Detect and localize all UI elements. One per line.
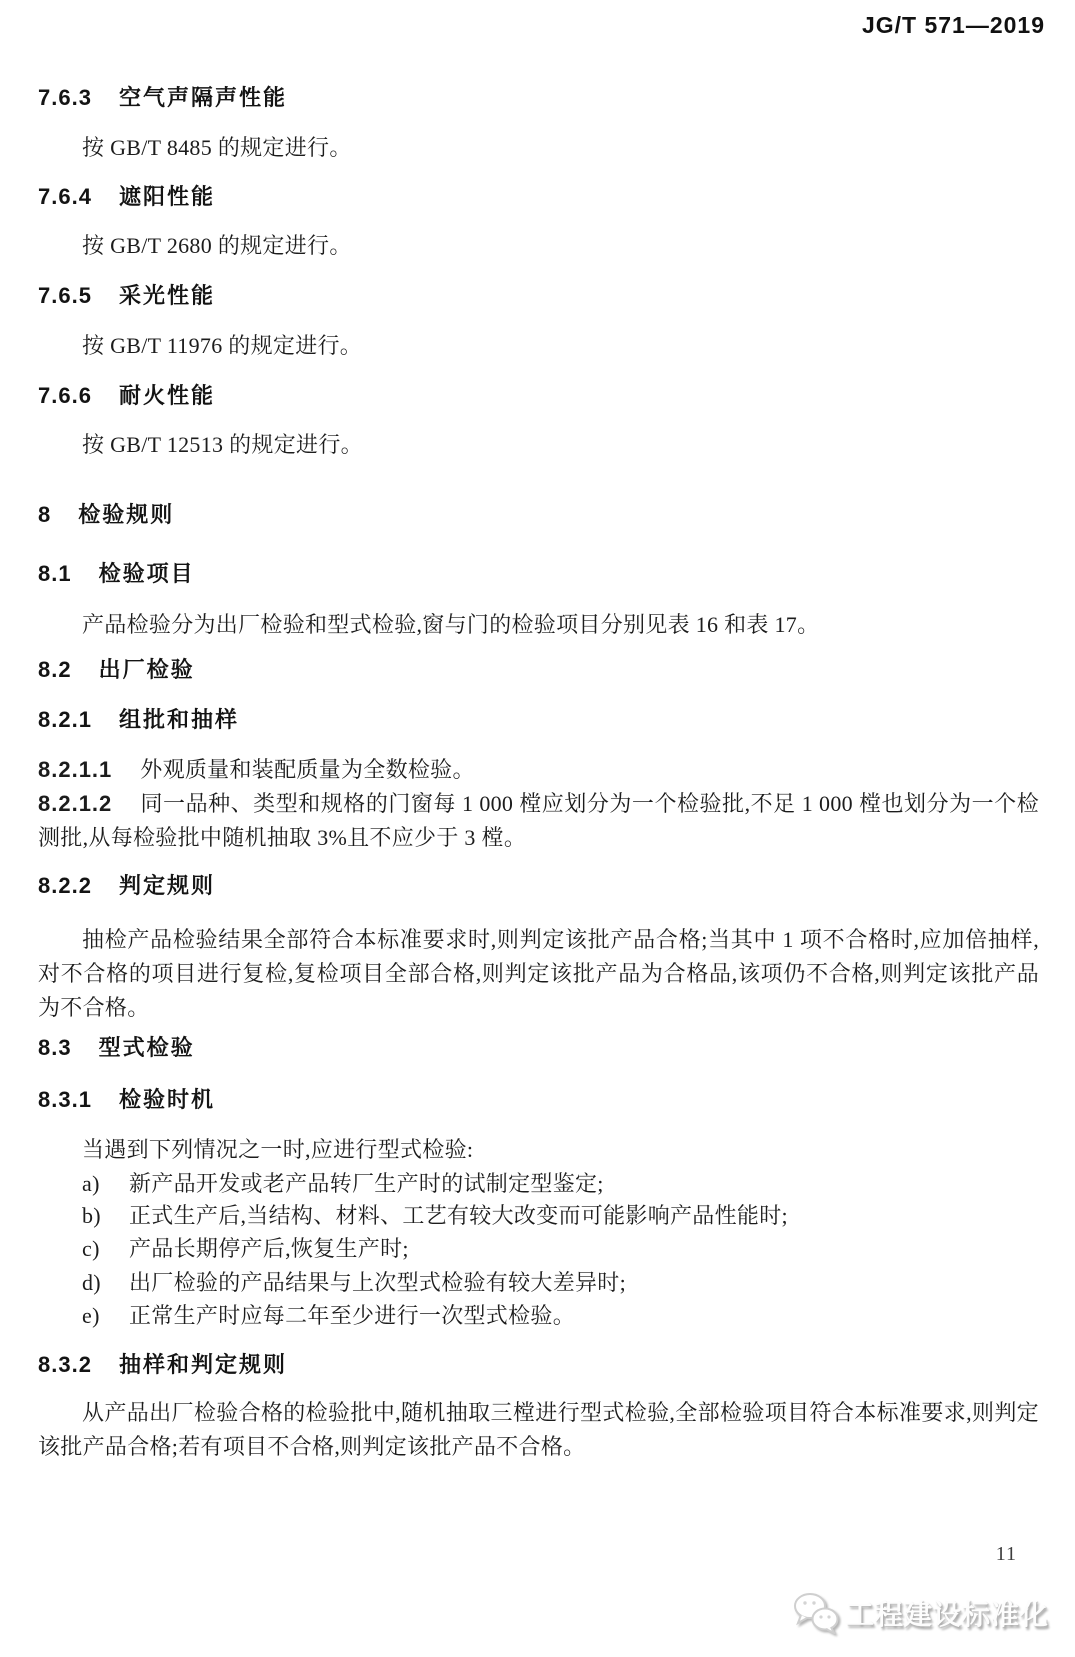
section-title: 耐火性能 — [119, 383, 215, 408]
section-number: 8.3.1 — [38, 1087, 92, 1112]
list-label: a) — [82, 1167, 129, 1201]
section-title: 检验时机 — [119, 1087, 215, 1112]
list-label: d) — [82, 1266, 129, 1300]
paragraph-8-3-1-intro: 当遇到下列情况之一时,应进行型式检验: — [38, 1133, 1039, 1167]
standard-code-header: JG/T 571—2019 — [862, 12, 1045, 39]
section-title: 空气声隔声性能 — [119, 85, 287, 110]
clause-text: 外观质量和装配质量为全数检验。 — [140, 757, 475, 782]
section-number: 8.2 — [38, 657, 72, 682]
list-label: c) — [82, 1232, 129, 1266]
section-title: 组批和抽样 — [119, 707, 239, 732]
clause-number: 8.2.1.1 — [38, 757, 112, 782]
clause-text: 同一品种、类型和规格的门窗每 1 000 樘应划分为一个检验批,不足 1 000… — [38, 791, 1039, 850]
list-text: 出厂检验的产品结果与上次型式检验有较大差异时; — [129, 1266, 626, 1300]
section-title: 型式检验 — [99, 1035, 195, 1060]
section-number: 8.2.1 — [38, 707, 92, 732]
section-title: 遮阳性能 — [119, 184, 215, 209]
paragraph-8-1: 产品检验分为出厂检验和型式检验,窗与门的检验项目分别见表 16 和表 17。 — [38, 608, 1039, 642]
paragraph-7-6-5: 按 GB/T 11976 的规定进行。 — [38, 329, 1039, 363]
heading-8-3: 8.3型式检验 — [38, 1033, 1039, 1063]
document-page: JG/T 571—2019 7.6.3空气声隔声性能 按 GB/T 8485 的… — [0, 0, 1075, 1657]
list-item-e: e)正常生产时应每二年至少进行一次型式检验。 — [82, 1299, 1039, 1333]
list-text: 产品长期停产后,恢复生产时; — [129, 1232, 409, 1266]
watermark: 工程建设标准化 — [793, 1592, 1049, 1634]
section-number: 8.3.2 — [38, 1352, 92, 1377]
section-title: 采光性能 — [119, 283, 215, 308]
list-label: e) — [82, 1299, 129, 1333]
section-title: 抽样和判定规则 — [119, 1352, 287, 1377]
page-number: 11 — [996, 1543, 1017, 1566]
list-item-c: c)产品长期停产后,恢复生产时; — [82, 1232, 1039, 1266]
list-text: 正式生产后,当结构、材料、工艺有较大改变而可能影响产品性能时; — [129, 1199, 788, 1233]
chapter-number: 8 — [38, 502, 51, 527]
paragraph-7-6-3: 按 GB/T 8485 的规定进行。 — [38, 131, 1039, 165]
heading-8-2-2: 8.2.2判定规则 — [38, 871, 1039, 901]
paragraph-7-6-6: 按 GB/T 12513 的规定进行。 — [38, 428, 1039, 462]
heading-7-6-4: 7.6.4遮阳性能 — [38, 182, 1039, 212]
heading-7-6-5: 7.6.5采光性能 — [38, 281, 1039, 311]
section-number: 7.6.4 — [38, 184, 92, 209]
clause-number: 8.2.1.2 — [38, 791, 112, 816]
paragraph-8-3-2: 从产品出厂检验合格的检验批中,随机抽取三樘进行型式检验,全部检验项目符合本标准要… — [38, 1396, 1039, 1464]
list-item-b: b)正式生产后,当结构、材料、工艺有较大改变而可能影响产品性能时; — [82, 1199, 1039, 1233]
list-item-d: d)出厂检验的产品结果与上次型式检验有较大差异时; — [82, 1266, 1039, 1300]
heading-8-2-1: 8.2.1组批和抽样 — [38, 705, 1039, 735]
section-title: 出厂检验 — [99, 657, 195, 682]
paragraph-8-2-1-2: 8.2.1.2同一品种、类型和规格的门窗每 1 000 樘应划分为一个检验批,不… — [38, 787, 1039, 855]
section-title: 判定规则 — [119, 873, 215, 898]
heading-7-6-6: 7.6.6耐火性能 — [38, 381, 1039, 411]
section-number: 8.1 — [38, 561, 72, 586]
heading-8-3-1: 8.3.1检验时机 — [38, 1085, 1039, 1115]
section-number: 8.3 — [38, 1035, 72, 1060]
heading-7-6-3: 7.6.3空气声隔声性能 — [38, 83, 1039, 113]
paragraph-7-6-4: 按 GB/T 2680 的规定进行。 — [38, 229, 1039, 263]
list-text: 正常生产时应每二年至少进行一次型式检验。 — [129, 1299, 575, 1333]
list-text: 新产品开发或老产品转厂生产时的试制定型鉴定; — [129, 1167, 604, 1201]
paragraph-8-2-2: 抽检产品检验结果全部符合本标准要求时,则判定该批产品合格;当其中 1 项不合格时… — [38, 923, 1039, 1025]
chapter-title: 检验规则 — [78, 502, 174, 527]
section-number: 8.2.2 — [38, 873, 92, 898]
heading-8-1: 8.1检验项目 — [38, 559, 1039, 589]
section-number: 7.6.6 — [38, 383, 92, 408]
list-item-a: a)新产品开发或老产品转厂生产时的试制定型鉴定; — [82, 1167, 1039, 1201]
section-number: 7.6.3 — [38, 85, 92, 110]
paragraph-8-2-1-1: 8.2.1.1外观质量和装配质量为全数检验。 — [38, 753, 1039, 787]
heading-8: 8检验规则 — [38, 500, 1039, 530]
section-number: 7.6.5 — [38, 283, 92, 308]
watermark-text: 工程建设标准化 — [846, 1593, 1049, 1633]
section-title: 检验项目 — [99, 561, 195, 586]
wechat-logo-icon — [793, 1592, 839, 1634]
list-label: b) — [82, 1199, 129, 1233]
heading-8-3-2: 8.3.2抽样和判定规则 — [38, 1350, 1039, 1380]
heading-8-2: 8.2出厂检验 — [38, 655, 1039, 685]
